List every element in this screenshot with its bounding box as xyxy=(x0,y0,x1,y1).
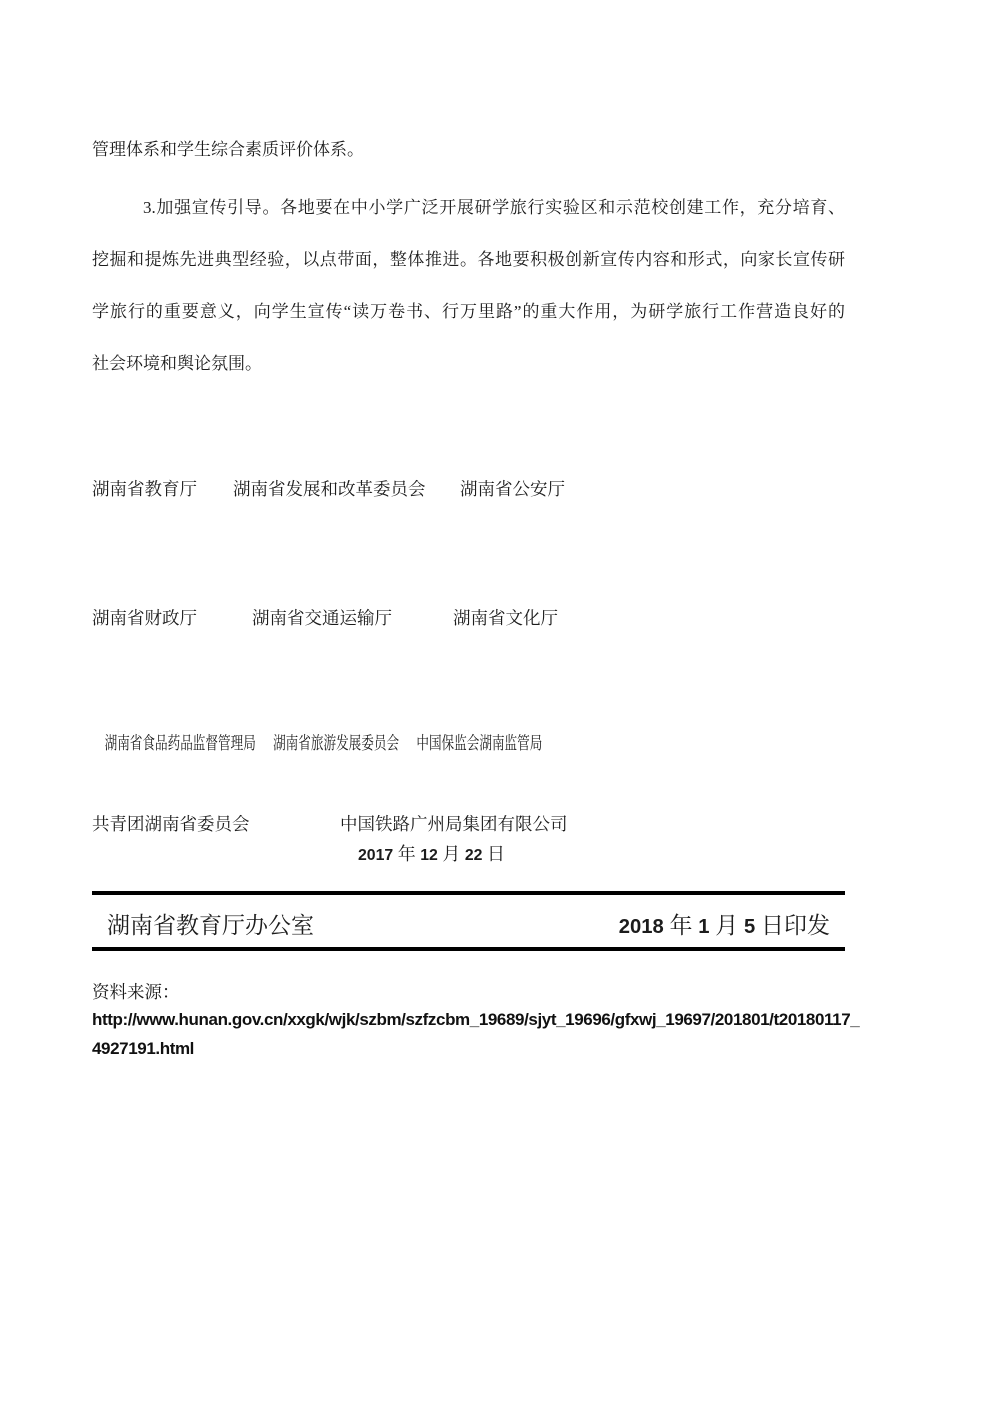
agency-name-communist-youth-league: 共青团湖南省委员会 xyxy=(92,812,250,836)
agency-name-transport-dept: 湖南省交通运输厅 xyxy=(252,606,392,630)
paragraph-line: 3.加强宣传引导。各地要在中小学广泛开展研学旅行实验区和示范校创建工作，充分培育… xyxy=(92,195,845,221)
date-year: 2017 xyxy=(358,847,393,864)
issuing-office: 湖南省教育厅办公室 xyxy=(107,911,314,941)
agency-name-education-dept: 湖南省教育厅 xyxy=(92,477,197,501)
agency-name-insurance-regulatory-bureau: 中国保监会湖南监管局 xyxy=(416,733,542,753)
agency-name-china-railway-guangzhou-group: 中国铁路广州局集团有限公司 xyxy=(340,812,568,836)
print-month: 1 xyxy=(698,916,709,938)
date-day-unit: 日 xyxy=(482,844,505,864)
document-page: 管理体系和学生综合素质评价体系。 3.加强宣传引导。各地要在中小学广泛开展研学旅… xyxy=(0,0,992,1403)
document-date: 2017 年 12 月 22 日 xyxy=(358,841,505,869)
source-url-line2: 4927191.html xyxy=(92,1036,194,1062)
paragraph-line: 挖掘和提炼先进典型经验，以点带面，整体推进。各地要积极创新宣传内容和形式，向家长… xyxy=(92,247,845,273)
date-year-unit: 年 xyxy=(393,844,420,864)
print-day-unit: 日印发 xyxy=(755,913,830,938)
print-month-unit: 月 xyxy=(709,913,744,938)
intro-line: 管理体系和学生综合素质评价体系。 xyxy=(92,137,364,163)
paragraph-line: 学旅行的重要意义，向学生宣传“读万卷书、行万里路”的重大作用，为研学旅行工作营造… xyxy=(92,299,845,325)
separator-rule-top xyxy=(92,891,845,895)
paragraph-line: 社会环境和舆论氛围。 xyxy=(92,351,845,377)
agency-name-tourism-development-commission: 湖南省旅游发展委员会 xyxy=(273,733,399,753)
date-day: 22 xyxy=(465,847,483,864)
agency-name-food-drug-administration: 湖南省食品药品监督管理局 xyxy=(105,733,256,753)
agency-name-public-security-dept: 湖南省公安厅 xyxy=(460,477,565,501)
date-month: 12 xyxy=(420,847,438,864)
agency-name-development-reform-commission: 湖南省发展和改革委员会 xyxy=(233,477,426,501)
print-year: 2018 xyxy=(619,916,664,938)
source-label: 资料来源： xyxy=(92,979,180,1005)
source-url-line1: http://www.hunan.gov.cn/xxgk/wjk/szbm/sz… xyxy=(92,1007,859,1033)
agency-name-finance-dept: 湖南省财政厅 xyxy=(92,606,197,630)
separator-rule-bottom xyxy=(92,947,845,951)
print-year-unit: 年 xyxy=(664,913,699,938)
print-date: 2018 年 1 月 5 日印发 xyxy=(619,911,830,942)
print-day: 5 xyxy=(744,916,755,938)
agency-name-culture-dept: 湖南省文化厅 xyxy=(453,606,558,630)
agency-row-condensed: 湖南省食品药品监督管理局湖南省旅游发展委员会中国保监会湖南监管局 xyxy=(92,707,542,779)
date-month-unit: 月 xyxy=(438,844,465,864)
